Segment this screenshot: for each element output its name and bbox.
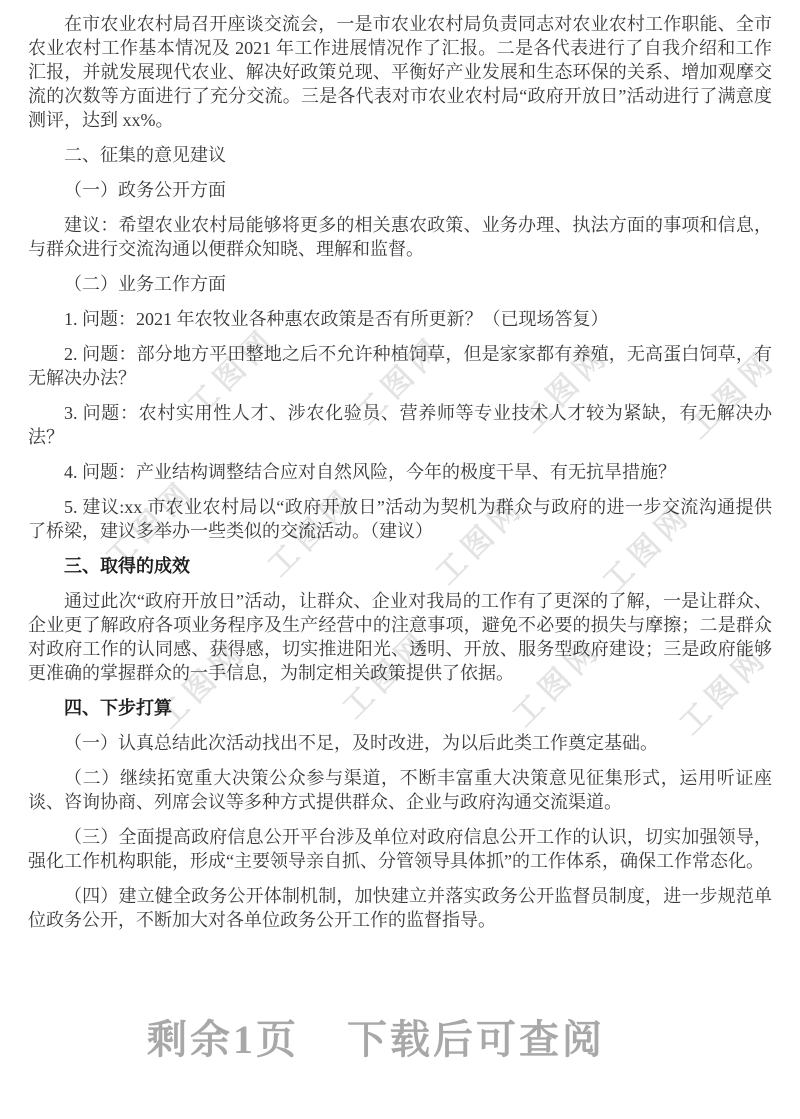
document-body: 在市农业农村局召开座谈交流会，一是市农业农村局负责同志对农业农村工作职能、全市农…: [28, 12, 772, 943]
paragraph: （一）认真总结此次活动找出不足，及时改进，为以后此类工作奠定基础。: [28, 731, 772, 755]
paragraph: （三）全面提高政府信息公开平台涉及单位对政府信息公开工作的认识，切实加强领导，强…: [28, 825, 772, 873]
paragraph: （四）建立健全政务公开体制机制，加快建立并落实政务公开监督员制度，进一步规范单位…: [28, 884, 772, 932]
section-heading: （一）政务公开方面: [28, 178, 772, 202]
download-hint-text: 下载后可查阅: [347, 1017, 605, 1062]
section-heading: 三、取得的成效: [28, 554, 772, 578]
section-heading: （二）业务工作方面: [28, 272, 772, 296]
section-heading: 二、征集的意见建议: [28, 143, 772, 167]
section-heading: 四、下步打算: [28, 696, 772, 720]
paragraph: 3. 问题：农村实用性人才、涉农化验员、营养师等专业技术人才较为紧缺，有无解决办…: [28, 401, 772, 449]
paragraph: 2. 问题：部分地方平田整地之后不允许种植饲草，但是家家都有养殖，无高蛋白饲草，…: [28, 342, 772, 390]
remaining-pages-text: 剩余1页: [147, 1017, 299, 1062]
paragraph: 通过此次“政府开放日”活动，让群众、企业对我局的工作有了更深的了解，一是让群众、…: [28, 589, 772, 685]
paragraph: 4. 问题：产业结构调整结合应对自然风险，今年的极度干旱、有无抗旱措施？: [28, 460, 772, 484]
paragraph: 5. 建议:xx 市农业农村局以“政府开放日”活动为契机为群众与政府的进一步交流…: [28, 495, 772, 543]
paragraph: （二）继续拓宽重大决策公众参与渠道，不断丰富重大决策意见征集形式，运用听证座谈、…: [28, 766, 772, 814]
paragraph: 在市农业农村局召开座谈交流会，一是市农业农村局负责同志对农业农村工作职能、全市农…: [28, 12, 772, 132]
paragraph: 建议：希望农业农村局能够将更多的相关惠农政策、业务办理、执法方面的事项和信息，与…: [28, 213, 772, 261]
remaining-pages-banner: 剩余1页下载后可查阅: [0, 1012, 800, 1068]
document-preview-page: 工图网工图网工图网工图网工图网工图网工图网工图网工图网工图网工图网工图网 在市农…: [0, 0, 800, 1119]
paragraph: 1. 问题：2021 年农牧业各种惠农政策是否有所更新？（已现场答复）: [28, 307, 772, 331]
